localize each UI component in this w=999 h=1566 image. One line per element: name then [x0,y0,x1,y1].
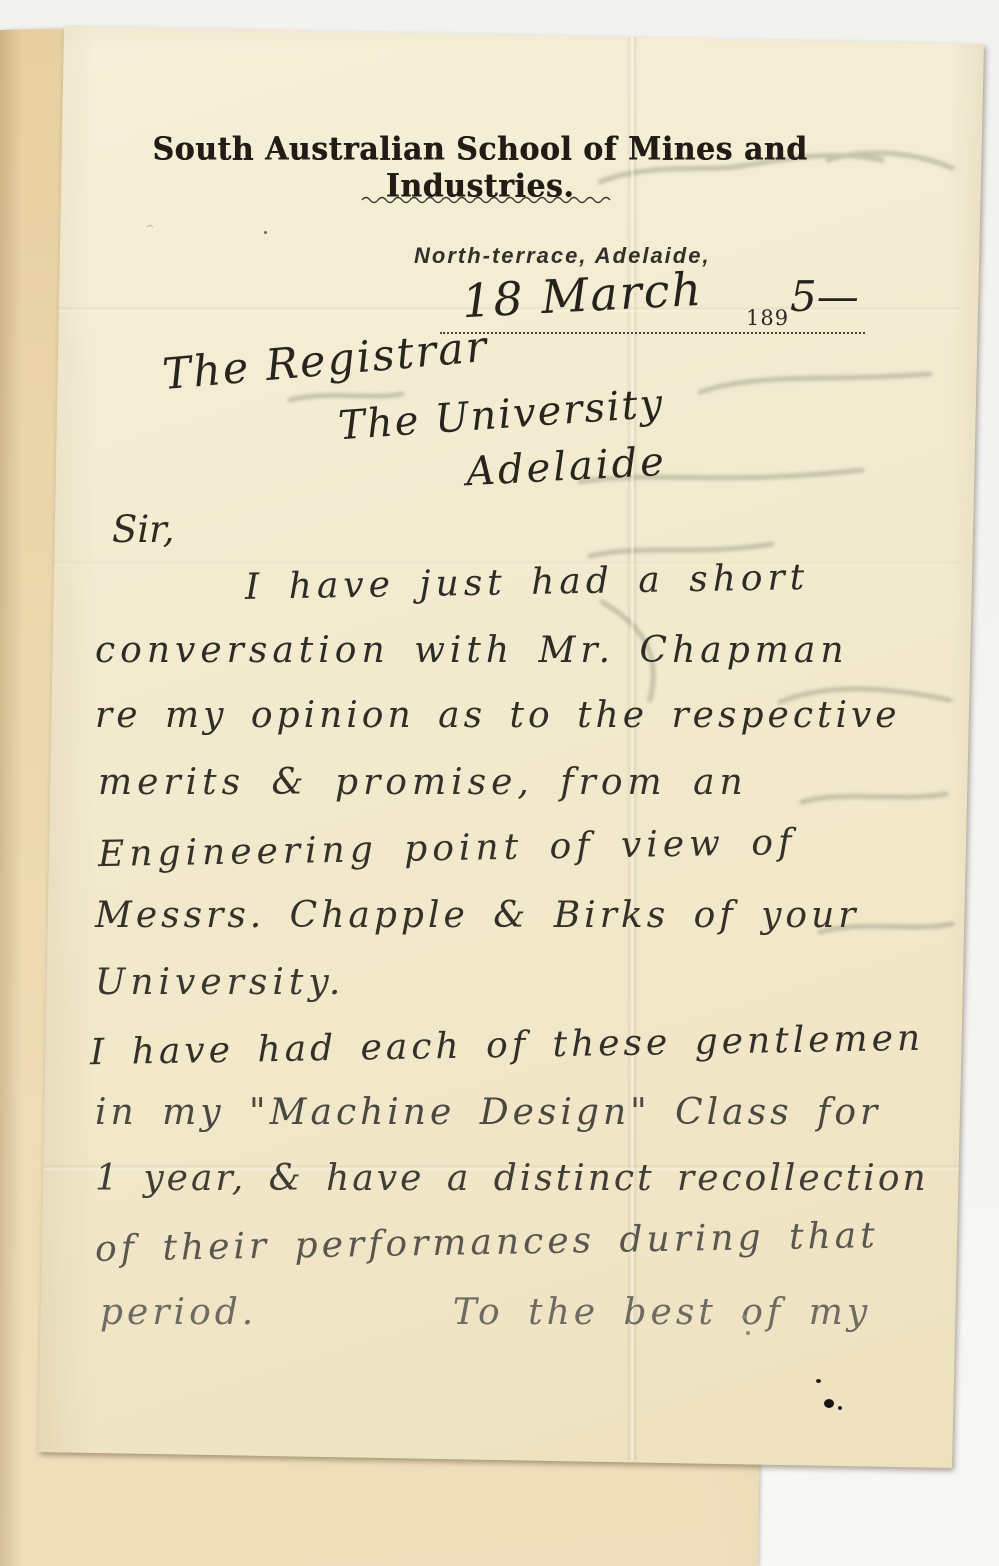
ink-blot [824,1399,834,1408]
ink-dot [746,1331,750,1335]
wavy-rule [360,192,620,206]
body-line: period. To the best of my [100,1292,871,1333]
ink-dot [742,1315,746,1319]
handwritten-year-suffix: 5— [790,272,859,321]
printed-year-prefix: 189 [746,306,789,330]
paper-flaw [147,225,153,230]
letter-page: South Australian School of Mines and Ind… [0,0,999,1566]
body-line: 1 year, & have a distinct recollection [95,1158,929,1199]
body-line: University. [95,962,345,1003]
body-line: merits & promise, from an [98,762,748,803]
ink-blot [838,1406,842,1410]
scanned-letter-page: South Australian School of Mines and Ind… [0,0,999,1566]
salutation: Sir, [112,508,175,551]
body-line: re my opinion as to the respective [95,695,901,736]
body-line: conversation with Mr. Chapman [95,630,849,671]
body-line: Messrs. Chapple & Birks of your [95,895,859,936]
paper-speck [264,231,267,234]
ink-blot [816,1379,821,1383]
body-line: in my "Machine Design" Class for [95,1092,881,1133]
